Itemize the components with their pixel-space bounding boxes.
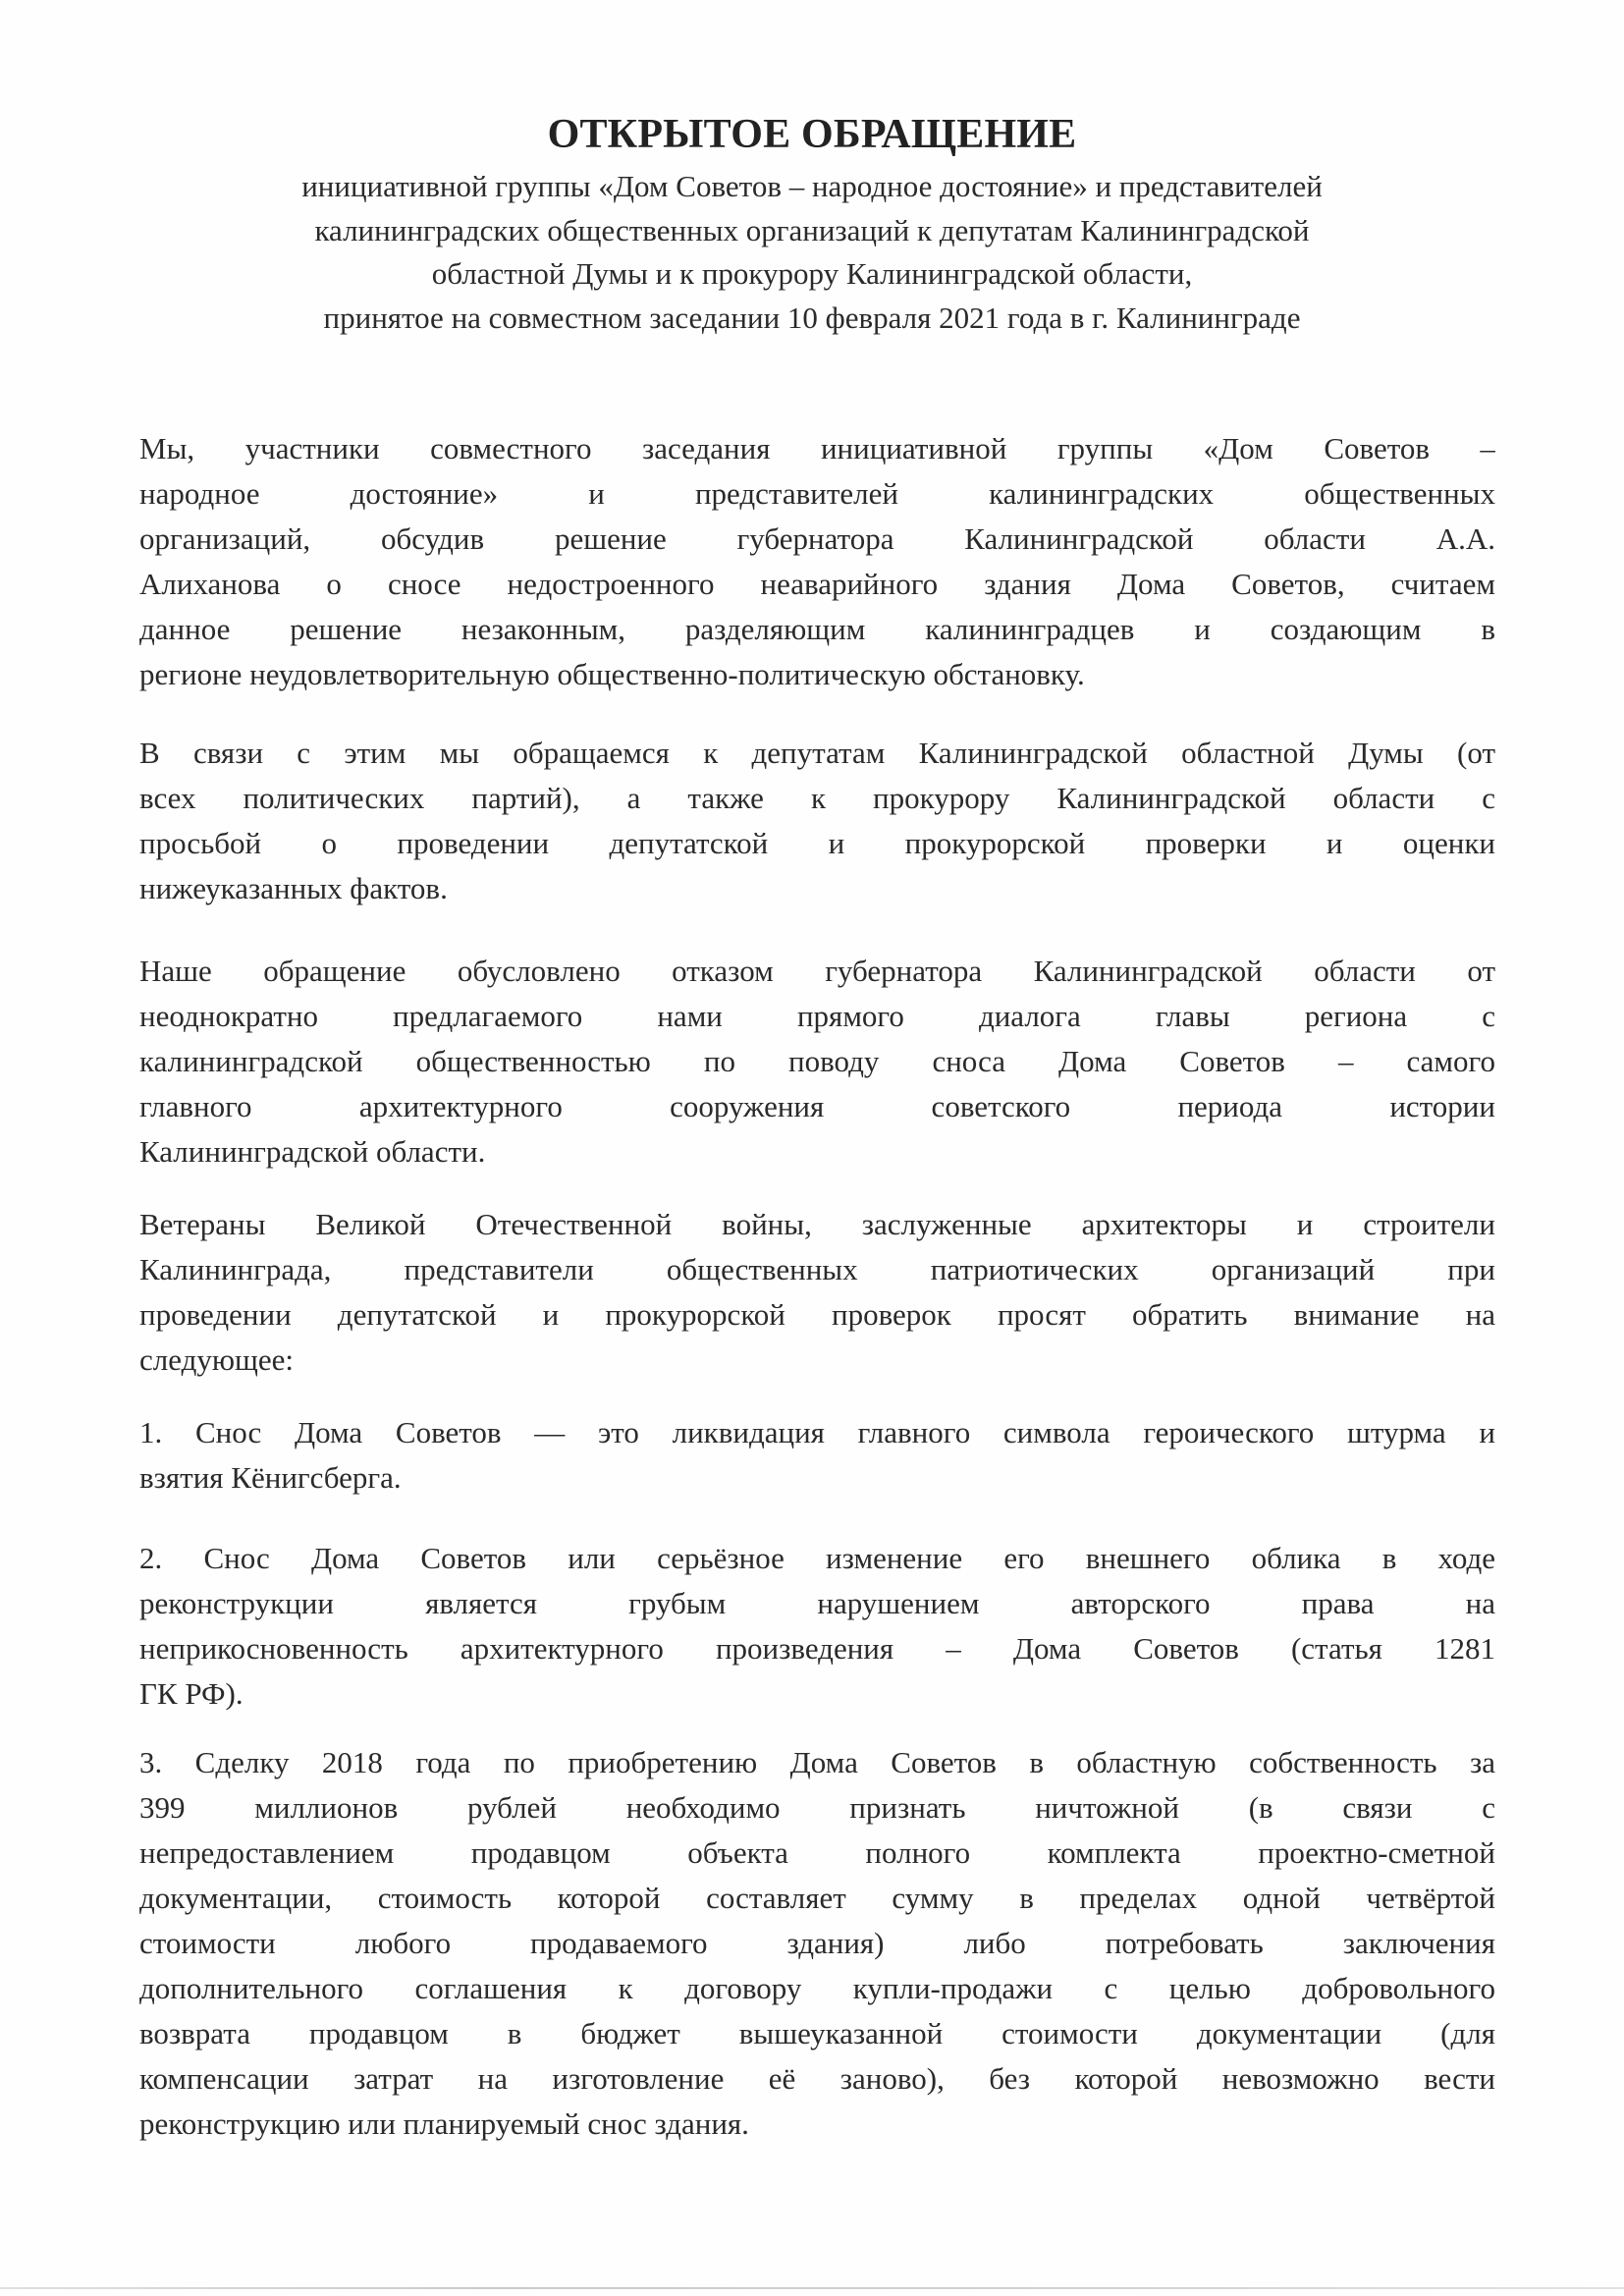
text-line: компенсации затрат на изготовление её за… [139, 2056, 1495, 2102]
text-line: 399 миллионов рублей необходимо признать… [139, 1785, 1495, 1831]
text-line: Калининградской области. [139, 1129, 1495, 1175]
text-line: народное достояние» и представителей кал… [139, 471, 1495, 517]
subtitle-line: калининградских общественных организаций… [147, 209, 1477, 253]
text-line: организаций, обсудив решение губернатора… [139, 517, 1495, 562]
subtitle-line: областной Думы и к прокурору Калининград… [147, 252, 1477, 297]
list-item-2: 2. Снос Дома Советов или серьёзное измен… [139, 1536, 1495, 1717]
text-line: Алиханова о сносе недостроенного неавари… [139, 562, 1495, 607]
paragraph-veterans: Ветераны Великой Отечественной войны, за… [139, 1202, 1495, 1383]
text-line: документации, стоимость которой составля… [139, 1876, 1495, 1921]
document-subtitle: инициативной группы «Дом Советов – народ… [147, 165, 1477, 340]
text-line: 3. Сделку 2018 года по приобретению Дома… [139, 1740, 1495, 1785]
text-line: В связи с этим мы обращаемся к депутатам… [139, 731, 1495, 776]
text-line: неоднократно предлагаемого нами прямого … [139, 994, 1495, 1039]
text-line: ГК РФ). [139, 1671, 1495, 1717]
text-line: Ветераны Великой Отечественной войны, за… [139, 1202, 1495, 1247]
text-line: всех политических партий), а также к про… [139, 776, 1495, 821]
paragraph-reason: Наше обращение обусловлено отказом губер… [139, 949, 1495, 1175]
text-line: реконструкцию или планируемый снос здани… [139, 2102, 1495, 2147]
text-line: регионе неудовлетворительную общественно… [139, 652, 1495, 697]
text-line: Мы, участники совместного заседания иниц… [139, 426, 1495, 471]
list-item-3: 3. Сделку 2018 года по приобретению Дома… [139, 1740, 1495, 2147]
text-line: реконструкции является грубым нарушением… [139, 1581, 1495, 1626]
text-line: 2. Снос Дома Советов или серьёзное измен… [139, 1536, 1495, 1581]
text-line: Наше обращение обусловлено отказом губер… [139, 949, 1495, 994]
subtitle-line: принятое на совместном заседании 10 февр… [147, 297, 1477, 341]
text-line: Калининграда, представители общественных… [139, 1247, 1495, 1292]
subtitle-line: инициативной группы «Дом Советов – народ… [147, 165, 1477, 209]
text-line: дополнительного соглашения к договору ку… [139, 1966, 1495, 2011]
text-line: неприкосновенность архитектурного произв… [139, 1626, 1495, 1671]
document-page: ОТКРЫТОЕ ОБРАЩЕНИЕ инициативной группы «… [0, 0, 1624, 2296]
text-line: просьбой о проведении депутатской и прок… [139, 821, 1495, 866]
text-line: непредоставлением продавцом объекта полн… [139, 1831, 1495, 1876]
paragraph-request: В связи с этим мы обращаемся к депутатам… [139, 731, 1495, 911]
document-title: ОТКРЫТОЕ ОБРАЩЕНИЕ [0, 110, 1624, 159]
text-line: нижеуказанных фактов. [139, 866, 1495, 911]
text-line: данное решение незаконным, разделяющим к… [139, 607, 1495, 652]
scan-edge-divider [0, 2287, 1624, 2289]
text-line: главного архитектурного сооружения совет… [139, 1084, 1495, 1129]
text-line: следующее: [139, 1338, 1495, 1383]
text-line: возврата продавцом в бюджет вышеуказанно… [139, 2011, 1495, 2056]
paragraph-intro: Мы, участники совместного заседания иниц… [139, 426, 1495, 697]
text-line: проведении депутатской и прокурорской пр… [139, 1292, 1495, 1338]
text-line: 1. Снос Дома Советов — это ликвидация гл… [139, 1410, 1495, 1455]
text-line: взятия Кёнигсберга. [139, 1455, 1495, 1501]
text-line: калининградской общественностью по повод… [139, 1039, 1495, 1084]
list-item-1: 1. Снос Дома Советов — это ликвидация гл… [139, 1410, 1495, 1501]
text-line: стоимости любого продаваемого здания) ли… [139, 1921, 1495, 1966]
